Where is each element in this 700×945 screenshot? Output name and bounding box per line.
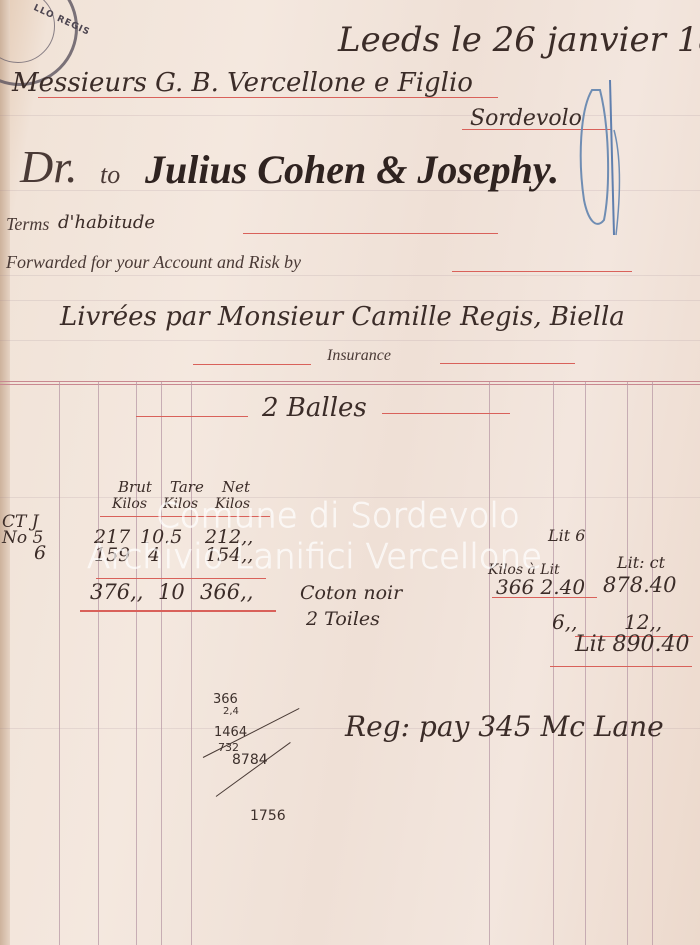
toiles-qty-price: 6,, [552, 610, 577, 634]
invoice-page: LLO REGIS Leeds le 26 janvier 1890 Messi… [0, 0, 700, 945]
column-rule [652, 382, 653, 945]
debtor-firm-name: Julius Cohen & Josephy. [145, 146, 559, 193]
watermark-line1: Comune di Sordevolo [156, 496, 520, 536]
column-rule [59, 382, 60, 945]
invoice-total: Lit 890.40 [575, 632, 689, 657]
weights-header-net: Net [222, 478, 250, 496]
forwarded-rule [452, 271, 632, 272]
ledger-line [0, 340, 700, 341]
calc-value: 1464 [214, 725, 247, 740]
weights-header-brut: Brut [118, 478, 152, 496]
forwarded-label: Forwarded for your Account and Risk by [6, 252, 301, 273]
column-rule [161, 382, 162, 945]
insurance-rule-left [193, 364, 311, 365]
weights-sum-rule [96, 578, 266, 579]
insurance-rule-right [440, 363, 575, 364]
table-top-rule [0, 381, 700, 382]
unit-price-header: Lit 6 [548, 526, 585, 545]
amount-header: Lit: ct [617, 553, 665, 572]
quantity-rule [492, 597, 597, 598]
page-binding-edge [0, 0, 10, 945]
column-rule [489, 382, 490, 945]
table-top-rule [0, 384, 700, 385]
balles-rule-left [136, 416, 248, 417]
column-rule [98, 382, 99, 945]
terms-value: d'habitude [58, 212, 155, 233]
weights-total-rule [80, 610, 276, 612]
insurance-label: Insurance [327, 347, 391, 365]
total-rule-bottom [550, 666, 692, 667]
margin-mark: 6 [34, 542, 46, 564]
goods-header: 2 Balles [262, 393, 367, 423]
addressee-underline [38, 97, 498, 98]
place-date: Leeds le 26 janvier 1890 [338, 20, 700, 60]
line-amount: 878.40 [603, 573, 676, 597]
weight-total-brut: 376,, [90, 580, 143, 604]
calc-value: 366 [213, 692, 238, 707]
column-rule [627, 382, 628, 945]
addressee-town: Sordevolo [470, 106, 582, 131]
ledger-line [0, 275, 700, 276]
weight-total-net: 366,, [200, 580, 253, 604]
weight-total-tare: 10 [158, 580, 185, 604]
payment-annotation: Reg: pay 345 Mc Lane [345, 710, 664, 743]
ledger-line [0, 300, 700, 301]
watermark-line2: Archivio Lanifici Vercellone [87, 537, 542, 577]
calc-value: 1756 [250, 808, 286, 824]
weights-unit-brut: Kilos [112, 496, 147, 512]
calc-value: 2,4 [223, 706, 239, 717]
debtor-to: to [100, 160, 120, 190]
quantity-line: 366 2.40 [496, 575, 585, 599]
column-rule [585, 382, 586, 945]
delivery-note: Livrées par Monsieur Camille Regis, Biel… [60, 302, 625, 332]
goods-description: 2 Toiles [306, 608, 380, 630]
terms-rule [243, 233, 498, 234]
balles-rule-right [382, 413, 510, 414]
calc-value: 8784 [232, 752, 268, 768]
weights-header-tare: Tare [170, 478, 204, 496]
terms-label: Terms [6, 214, 49, 235]
toiles-amount: 12,, [624, 610, 662, 634]
blue-pencil-mark-icon [570, 70, 628, 240]
column-rule [191, 382, 192, 945]
column-rule [553, 382, 554, 945]
addressee: Messieurs G. B. Vercellone e Figlio [12, 68, 473, 98]
debtor-prefix: Dr. [20, 140, 78, 193]
column-rule [136, 382, 137, 945]
goods-description: Coton noir [300, 582, 402, 604]
